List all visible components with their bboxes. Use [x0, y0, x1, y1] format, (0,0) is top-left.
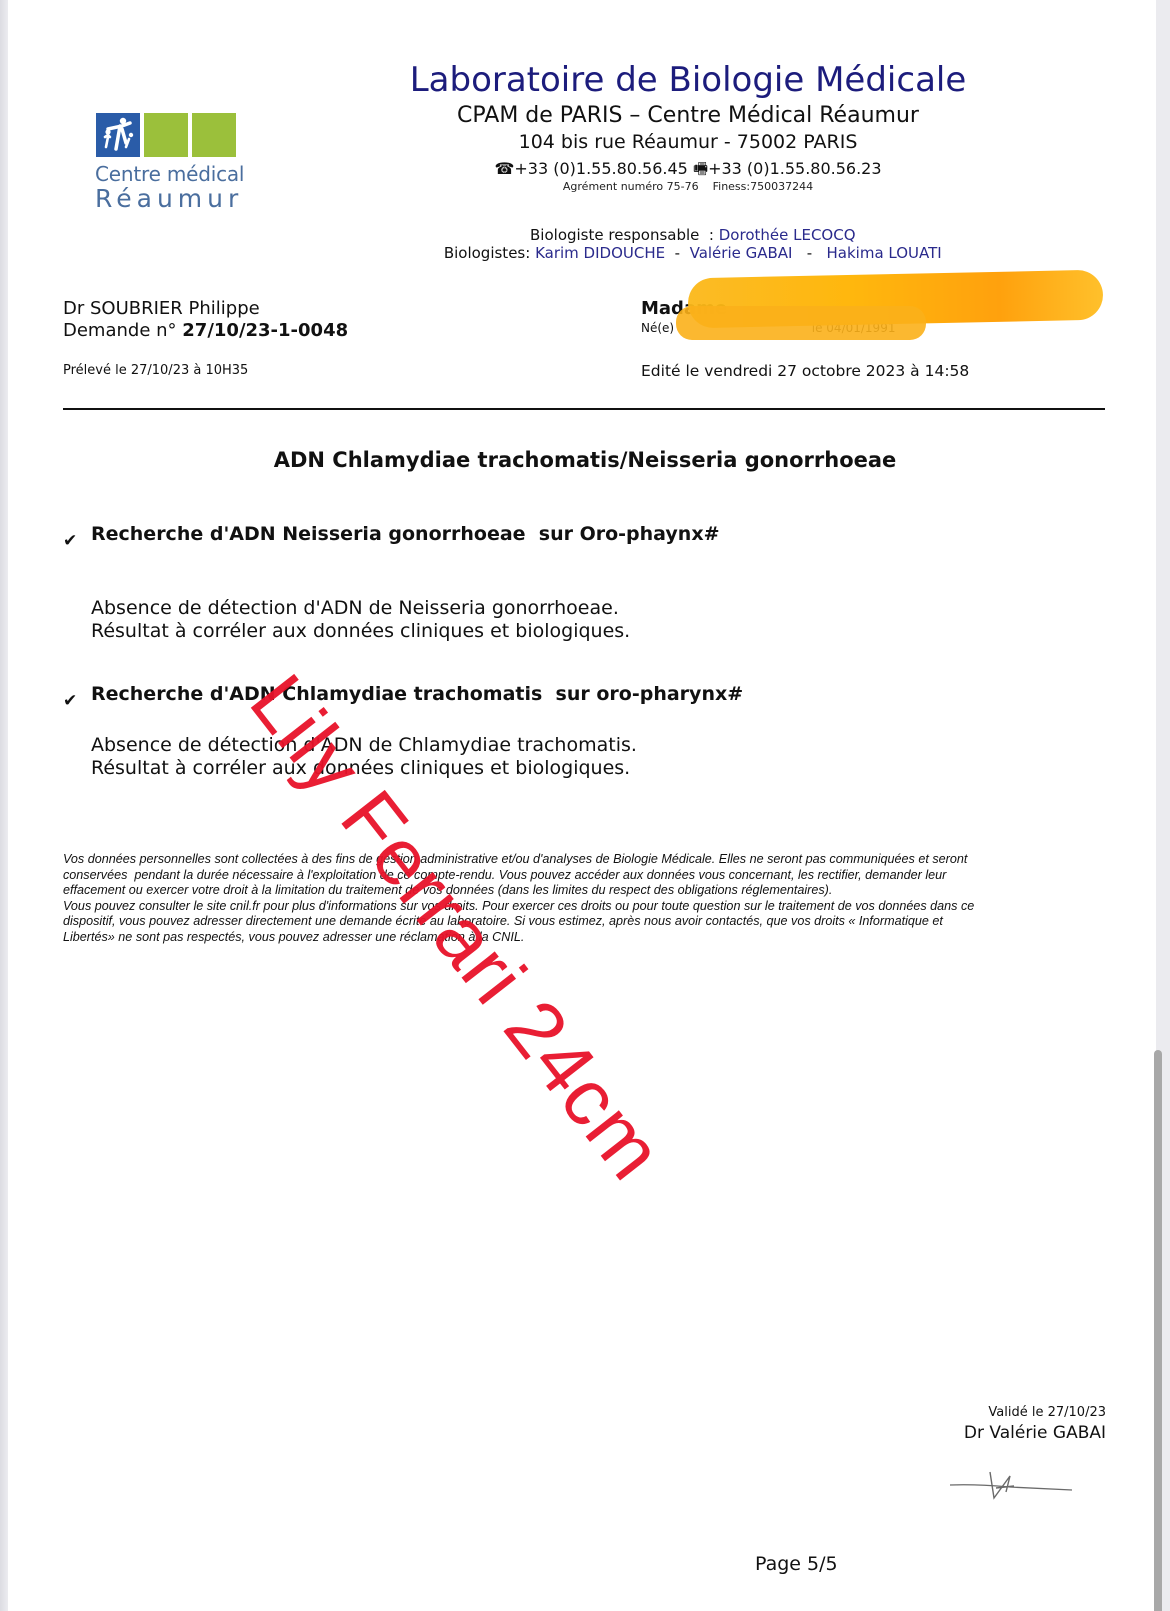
biologistes-list: Biologistes: Karim DIDOUCHE - Valérie GA…: [400, 226, 976, 262]
validating-doctor: Dr Valérie GABAI: [964, 1423, 1106, 1443]
sample-date: Prélevé le 27/10/23 à 10H35: [63, 363, 248, 378]
redaction-mark: [676, 306, 926, 340]
biologiste-name: Hakima LOUATI: [827, 244, 942, 262]
logo-green-square: [144, 113, 188, 157]
privacy-line: Vous pouvez consulter le site cnil.fr po…: [63, 899, 1108, 915]
edited-date: Edité le vendredi 27 octobre 2023 à 14:5…: [641, 362, 969, 380]
fax-icon: 🖷: [693, 159, 708, 178]
test-title: Recherche d'ADN Neisseria gonorrhoeae su…: [91, 523, 720, 545]
biologiste-name: Valérie GABAI: [690, 244, 793, 262]
logo-text-line1: Centre médical: [95, 162, 244, 186]
scrollbar-thumb[interactable]: [1154, 1050, 1162, 1611]
logo-green-square: [192, 113, 236, 157]
check-icon: ✔: [63, 531, 77, 551]
agrement: Agrément numéro 75-76: [563, 180, 699, 193]
phone-number: +33 (0)1.55.80.56.45: [514, 159, 687, 178]
privacy-notice: Vos données personnelles sont collectées…: [63, 852, 1108, 946]
lab-title: Laboratoire de Biologie Médicale: [400, 60, 976, 100]
request-number-value: 27/10/23-1-0048: [182, 320, 348, 341]
logo-text-line2: Réaumur: [95, 184, 243, 213]
fax-number: +33 (0)1.55.80.56.23: [708, 159, 881, 178]
lab-subtitle: CPAM de PARIS – Centre Médical Réaumur: [400, 103, 976, 128]
validation-date: Validé le 27/10/23: [988, 1405, 1106, 1420]
privacy-line: effacement ou exercer votre droit à la l…: [63, 883, 1108, 899]
report-heading: ADN Chlamydiae trachomatis/Neisseria gon…: [0, 448, 1170, 472]
lab-address: 104 bis rue Réaumur - 75002 PARIS: [400, 131, 976, 153]
privacy-line: Libertés» ne sont pas respectés, vous po…: [63, 930, 1108, 946]
header-divider: [63, 408, 1105, 410]
biologistes-label: Biologistes:: [444, 244, 535, 262]
request-label: Demande n°: [63, 320, 182, 341]
request-number: Demande n° 27/10/23-1-0048: [63, 320, 348, 341]
privacy-line: conservées pendant la durée nécessaire à…: [63, 868, 1108, 884]
privacy-line: dispositif, vous pouvez adresser directe…: [63, 914, 1108, 930]
test-title: Recherche d'ADN Chlamydiae trachomatis s…: [91, 683, 743, 705]
privacy-line: Vos données personnelles sont collectées…: [63, 852, 1108, 868]
telephone-icon: ☎: [494, 159, 514, 178]
prescribing-doctor: Dr SOUBRIER Philippe: [63, 298, 260, 319]
biologiste-name: Karim DIDOUCHE: [535, 244, 665, 262]
birth-prefix: Né(e): [641, 321, 674, 335]
page-number: Page 5/5: [755, 1553, 838, 1575]
test-result: Absence de détection d'ADN de Neisseria …: [91, 597, 619, 619]
signature-image: [948, 1462, 1078, 1512]
test-comment: Résultat à corréler aux données clinique…: [91, 620, 630, 642]
logo-family-icon: [96, 113, 140, 157]
finess: Finess:750037244: [713, 180, 813, 193]
lab-accreditation: Agrément numéro 75-76 Finess:750037244: [400, 180, 976, 193]
check-icon: ✔: [63, 691, 77, 711]
viewer-left-edge: [0, 0, 8, 1611]
